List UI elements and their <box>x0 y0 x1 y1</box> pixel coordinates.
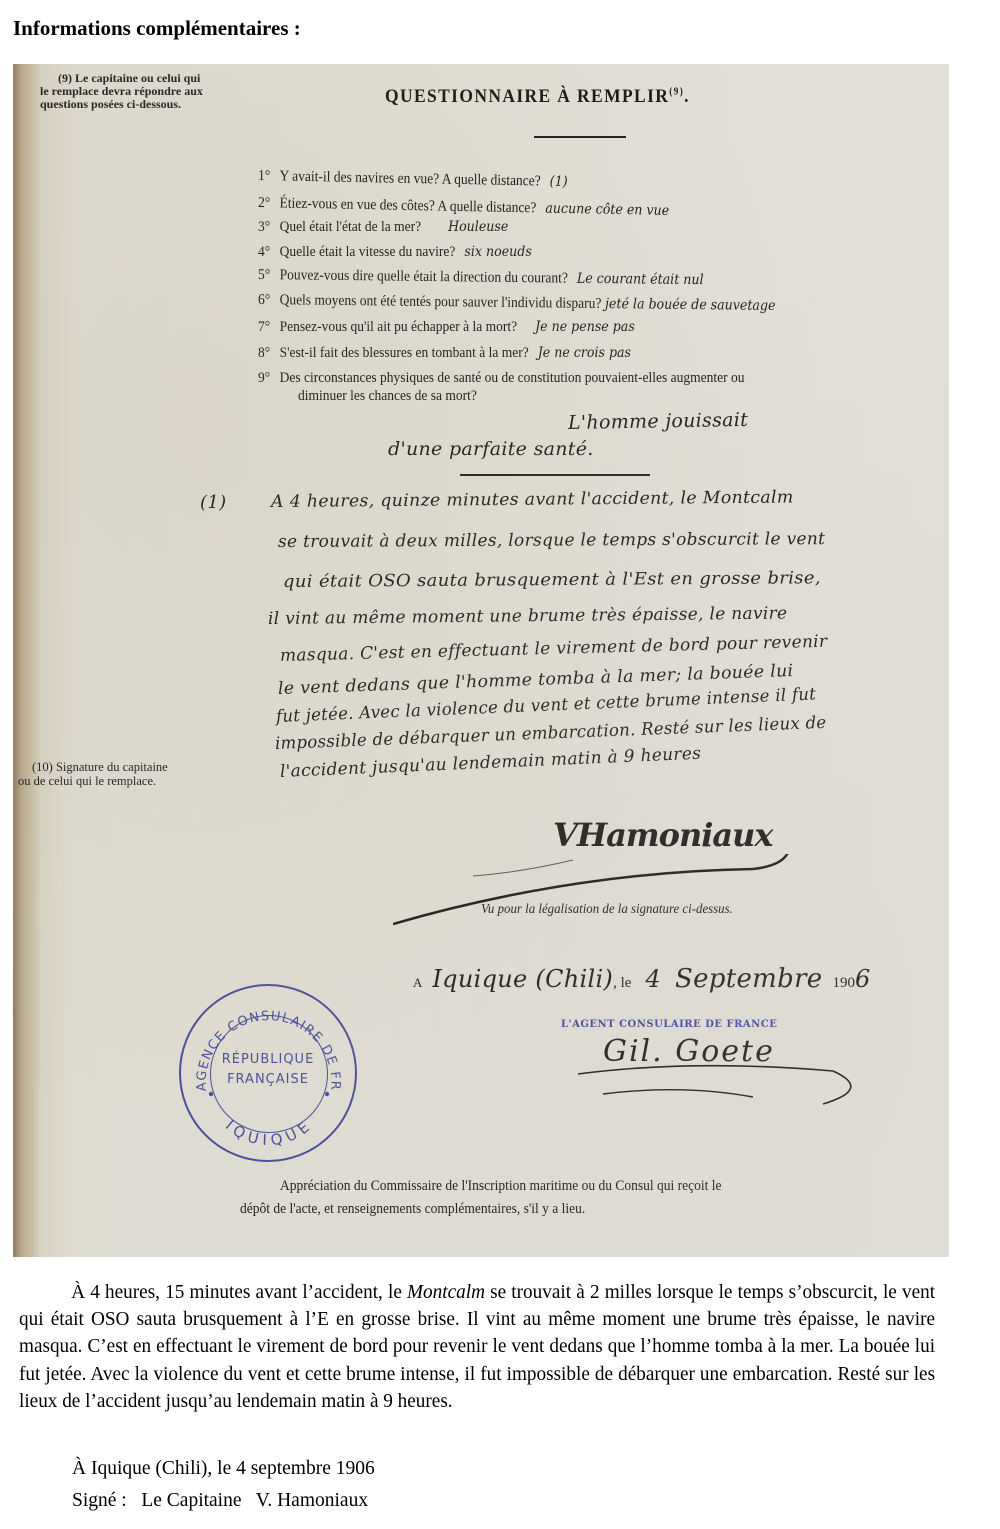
appreciation-line-1: Appréciation du Commissaire de l'Inscrip… <box>280 1178 721 1195</box>
question-text: Étiez-vous en vue des côtes? A quelle di… <box>279 195 536 216</box>
date-day: 4 <box>645 965 661 993</box>
margin-note-9: (9) Le capitaine ou celui qui le remplac… <box>40 72 240 111</box>
question-number: 2° <box>258 195 280 212</box>
question-number: 9° <box>258 370 280 387</box>
answer-handwritten: aucune côte en vue <box>545 201 669 219</box>
question-4: 4°Quelle était la vitesse du navire?six … <box>258 244 532 261</box>
question-text: Des circonstances physiques de santé ou … <box>280 370 745 386</box>
handwritten-note-line: qui était OSO sauta brusquement à l'Est … <box>283 568 821 592</box>
question-number: 7° <box>258 319 280 336</box>
section-title: Informations complémentaires : <box>13 16 301 41</box>
answer-handwritten: Le courant était nul <box>577 271 704 288</box>
section-rule <box>460 474 650 476</box>
question-number: 4° <box>258 244 280 261</box>
question-text: Quel était l'état de la mer? <box>280 219 421 235</box>
scanned-document-photo: (9) Le capitaine ou celui qui le remplac… <box>13 64 949 1257</box>
appreciation-line-2: dépôt de l'acte, et renseignements compl… <box>240 1201 585 1218</box>
question-number: 3° <box>258 219 280 236</box>
question-8: 8°S'est-il fait des blessures en tombant… <box>258 345 631 362</box>
title-footnote: (9) <box>669 87 684 98</box>
title-rule <box>534 136 626 138</box>
answer-handwritten: Je ne crois pas <box>538 345 631 361</box>
captain-signature: VHamoniaux <box>553 816 773 854</box>
margin-note-line: (10) Signature du capitaine <box>18 760 168 774</box>
question-9: 9°Des circonstances physiques de santé o… <box>258 370 744 387</box>
legalisation-text: Vu pour la légalisation de la signature … <box>481 902 733 918</box>
transcription-place-date: À Iquique (Chili), le 4 septembre 1906 <box>72 1458 375 1480</box>
handwritten-note-line: il vint au même moment une brume très ép… <box>268 604 788 629</box>
ship-name: Montcalm <box>407 1282 485 1303</box>
footnote-marker: (1) <box>200 492 226 513</box>
question-text: S'est-il fait des blessures en tombant à… <box>280 345 529 361</box>
question-9-continued: diminuer les chances de sa mort? <box>298 388 477 405</box>
question-1: 1°Y avait-il des navires en vue? A quell… <box>258 168 568 191</box>
agent-signature-flourish <box>573 1039 863 1109</box>
place-prefix: A <box>413 975 422 990</box>
question-text: Pouvez-vous dire quelle était la directi… <box>280 267 568 286</box>
answer-handwritten: six noeuds <box>464 244 531 260</box>
answer-9-line-1: L'homme jouissait <box>568 409 748 434</box>
question-2: 2°Étiez-vous en vue des côtes? A quelle … <box>258 195 669 220</box>
answer-handwritten: jeté la bouée de sauvetage <box>605 296 776 314</box>
agent-stamp: L'AGENT CONSULAIRE DE FRANCE <box>561 1019 777 1030</box>
margin-note-line: questions posées ci-dessous. <box>40 98 240 111</box>
date-month: Septembre <box>675 964 823 994</box>
question-3: 3°Quel était l'état de la mer?Houleuse <box>258 219 508 236</box>
question-text: Pensez-vous qu'il ait pu échapper à la m… <box>280 319 517 335</box>
handwritten-note-line: se trouvait à deux milles, lorsque le te… <box>278 529 825 552</box>
question-text: Y avait-il des navires en vue? A quelle … <box>279 168 540 189</box>
date-le: , le <box>613 975 631 991</box>
stamp-center-line: FRANÇAISE <box>181 1072 355 1087</box>
date-year-printed: 190 <box>833 975 856 991</box>
question-number: 6° <box>258 292 280 309</box>
signature-flourish <box>393 854 813 934</box>
handwritten-note-line: A 4 heures, quinze minutes avant l'accid… <box>271 487 794 512</box>
margin-note-10: (10) Signature du capitaine ou de celui … <box>18 760 168 788</box>
question-6: 6°Quels moyens ont été tentés pour sauve… <box>258 292 776 315</box>
question-number: 1° <box>258 168 280 185</box>
question-text: Quelle était la vitesse du navire? <box>280 244 456 260</box>
answer-9-line-2: d'une parfaite santé. <box>388 438 594 460</box>
transcription-paragraph: À 4 heures, 15 minutes avant l’accident,… <box>19 1279 935 1415</box>
questionnaire-title: QUESTIONNAIRE À REMPLIR(9). <box>385 86 690 108</box>
question-number: 8° <box>258 345 280 362</box>
place-handwritten: Iquique (Chili) <box>432 965 613 993</box>
question-text: Quels moyens ont été tentés pour sauver … <box>280 292 602 312</box>
answer-handwritten: Je ne pense pas <box>535 319 635 335</box>
question-5: 5°Pouvez-vous dire quelle était la direc… <box>258 267 704 289</box>
question-number: 5° <box>258 267 280 284</box>
question-7: 7°Pensez-vous qu'il ait pu échapper à la… <box>258 319 635 336</box>
question-text: diminuer les chances de sa mort? <box>298 388 477 404</box>
stamp-center-line: RÉPUBLIQUE <box>181 1052 355 1067</box>
title-text: QUESTIONNAIRE À REMPLIR <box>385 86 669 107</box>
transcription: À 4 heures, 15 minutes avant l’accident,… <box>19 1279 935 1415</box>
answer-handwritten: Houleuse <box>448 219 508 235</box>
handwritten-note-line: masqua. C'est en effectuant le virement … <box>280 632 828 666</box>
date-year-handwritten: 6 <box>855 965 871 993</box>
transcription-signed: Signé : Le Capitaine V. Hamoniaux <box>72 1490 368 1512</box>
place-date-line: A Iquique (Chili), le 4 Septembre 1906 <box>413 964 871 994</box>
answer-handwritten: (1) <box>550 174 568 190</box>
margin-note-line: ou de celui qui le remplace. <box>18 774 168 788</box>
title-suffix: . <box>684 86 690 107</box>
consular-stamp: AGENCE CONSULAIRE DE FRANCE IQUIQUE RÉPU… <box>179 984 357 1162</box>
paragraph-text: À 4 heures, 15 minutes avant l’accident,… <box>71 1282 407 1303</box>
